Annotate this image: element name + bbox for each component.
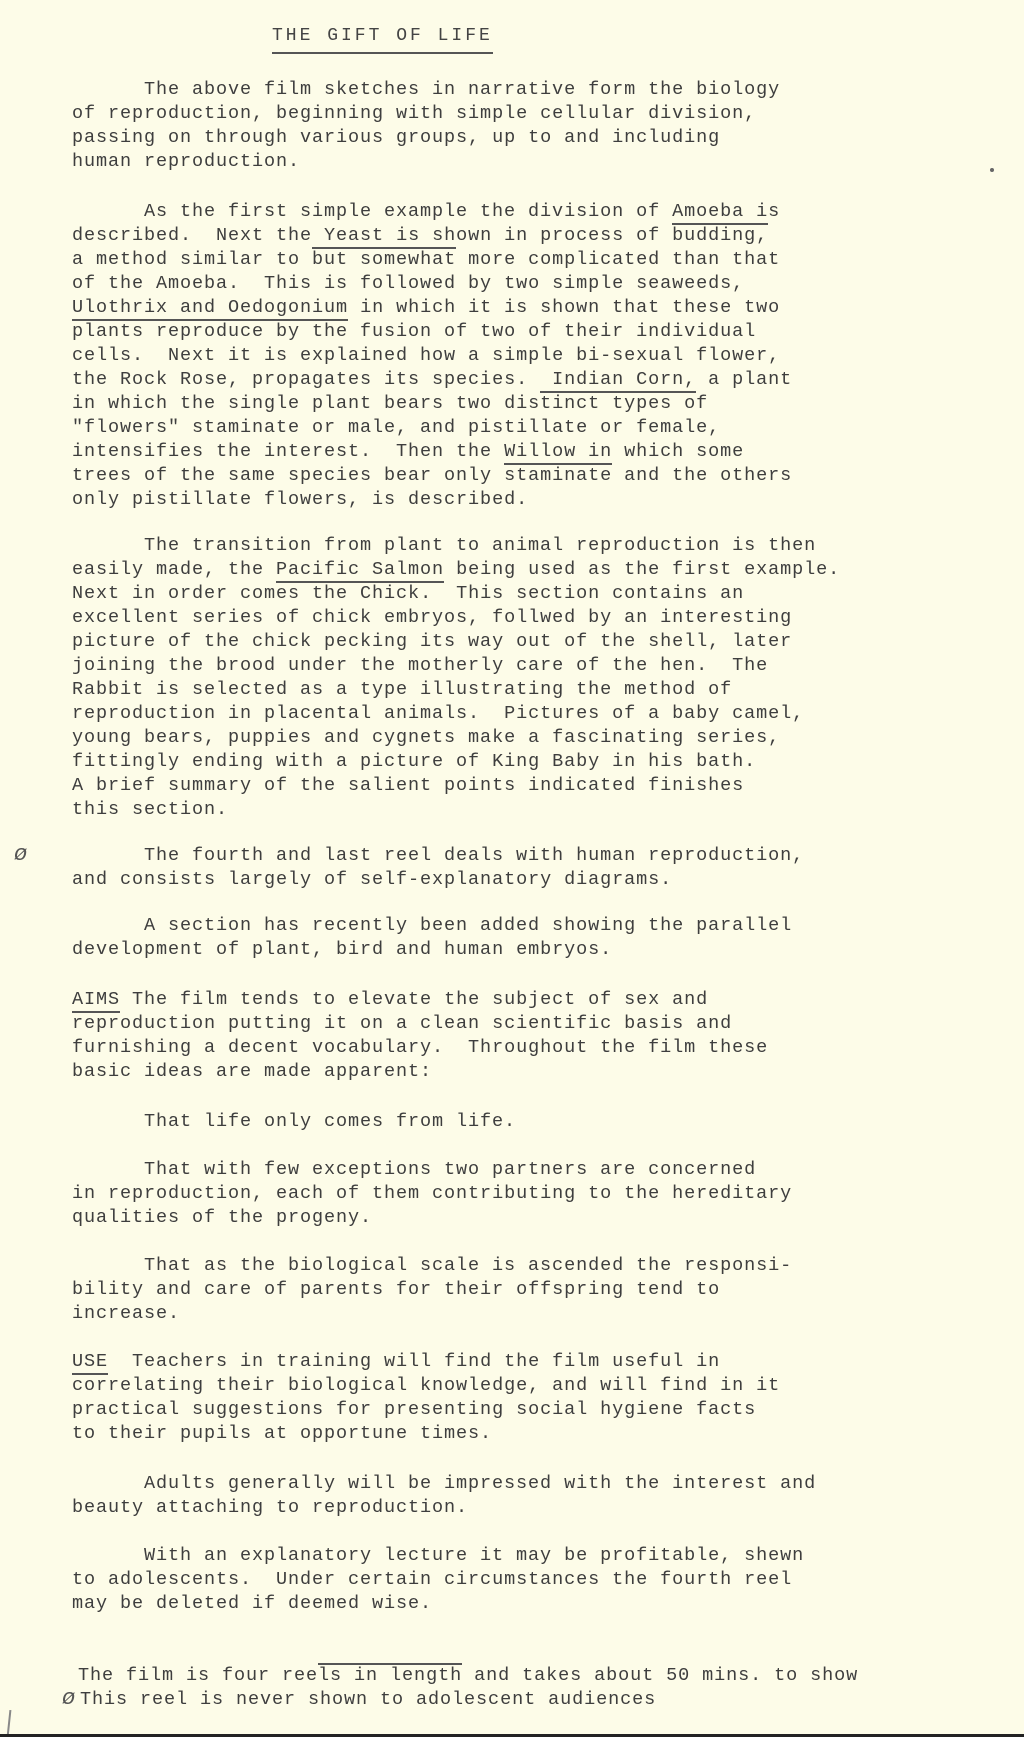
underlined-yeast: Yeast [324, 225, 384, 249]
adults-line-2: beauty attaching to reproduction. [72, 1496, 468, 1520]
margin-mark: ø [14, 842, 27, 867]
p5-line-2: development of plant, bird and human emb… [72, 938, 612, 962]
p1-line-1: The above film sketches in narrative for… [144, 78, 780, 102]
adults-line-1: Adults generally will be impressed with … [144, 1472, 816, 1496]
p2-line-7: cells. Next it is explained how a simple… [72, 344, 780, 368]
p3-line-1: The transition from plant to animal repr… [144, 534, 816, 558]
underlined-pacific-salmon: Pacific Salmon [276, 559, 444, 583]
p2-line-6: plants reproduce by the fusion of two of… [72, 320, 756, 344]
p3-line-4: excellent series of chick embryos, follw… [72, 606, 792, 630]
underlined-indian-corn: Indian Corn, [552, 369, 696, 393]
idea-3-line-3: increase. [72, 1302, 180, 1326]
p2-line-12: trees of the same species bear only stam… [72, 464, 792, 488]
length-line: The film is four reels in length and tak… [78, 1664, 858, 1688]
pencil-stroke [7, 1710, 12, 1737]
p3-line-3: Next in order comes the Chick. This sect… [72, 582, 744, 606]
lecture-line-2: to adolescents. Under certain circumstan… [72, 1568, 792, 1592]
p3-line-12: this section. [72, 798, 228, 822]
p1-line-3: passing on through various groups, up to… [72, 126, 720, 150]
p4-line-2: and consists largely of self-explanatory… [72, 868, 672, 892]
lecture-line-3: may be deleted if deemed wise. [72, 1592, 432, 1616]
p3-line-7: Rabbit is selected as a type illustratin… [72, 678, 732, 702]
p3-line-5: picture of the chick pecking its way out… [72, 630, 792, 654]
use-line-4: to their pupils at opportune times. [72, 1422, 492, 1446]
p3-line-11: A brief summary of the salient points in… [72, 774, 744, 798]
p2-line-9: in which the single plant bears two dist… [72, 392, 708, 416]
use-line-1: USE Teachers in training will find the f… [72, 1350, 720, 1374]
p2-line-2: described. Next the Yeast is shown in pr… [72, 224, 768, 248]
underlined-ulothrix: Ulothrix [72, 297, 168, 321]
document-title: THE GIFT OF LIFE [272, 26, 493, 54]
aims-line-3: furnishing a decent vocabulary. Througho… [72, 1036, 768, 1060]
use-line-2: correlating their biological knowledge, … [72, 1374, 780, 1398]
p3-line-10: fittingly ending with a picture of King … [72, 750, 756, 774]
idea-3-line-1: That as the biological scale is ascended… [144, 1254, 792, 1278]
lecture-line-1: With an explanatory lecture it may be pr… [144, 1544, 804, 1568]
p2-line-8: the Rock Rose, propagates its species. I… [72, 368, 792, 392]
aims-line-1: AIMS The film tends to elevate the subje… [72, 988, 708, 1012]
idea-2-line-2: in reproduction, each of them contributi… [72, 1182, 792, 1206]
p3-line-2: easily made, the Pacific Salmon being us… [72, 558, 840, 582]
p2-line-3: a method similar to but somewhat more co… [72, 248, 780, 272]
underlined-willow: Willow [504, 441, 576, 465]
p2-line-5: Ulothrix and Oedogonium in which it is s… [72, 296, 780, 320]
p1-line-2: of reproduction, beginning with simple c… [72, 102, 756, 126]
p5-line-1: A section has recently been added showin… [144, 914, 792, 938]
p3-line-9: young bears, puppies and cygnets make a … [72, 726, 780, 750]
use-line-3: practical suggestions for presenting soc… [72, 1398, 756, 1422]
p2-line-10: "flowers" staminate or male, and pistill… [72, 416, 720, 440]
idea-2-line-1: That with few exceptions two partners ar… [144, 1158, 756, 1182]
underlined-amoeba: Amoeba [672, 201, 744, 225]
idea-1: That life only comes from life. [144, 1110, 516, 1134]
idea-2-line-3: qualities of the progeny. [72, 1206, 372, 1230]
p2-line-1: As the first simple example the division… [144, 200, 780, 224]
p1-line-4: human reproduction. [72, 150, 300, 174]
p2-line-13: only pistillate flowers, is described. [72, 488, 528, 512]
p3-line-8: reproduction in placental animals. Pictu… [72, 702, 804, 726]
p4-line-1: The fourth and last reel deals with huma… [144, 844, 804, 868]
aims-line-2: reproduction putting it on a clean scien… [72, 1012, 732, 1036]
stray-dot-mark [990, 168, 994, 172]
typescript-page: THE GIFT OF LIFE The above film sketches… [0, 0, 1024, 1737]
aims-heading: AIMS [72, 989, 120, 1013]
idea-3-line-2: bility and care of parents for their off… [72, 1278, 720, 1302]
underlined-oedogonium: Oedogonium [228, 297, 348, 321]
use-heading: USE [72, 1351, 108, 1375]
footnote: This reel is never shown to adolescent a… [80, 1688, 656, 1712]
p2-line-4: of the Amoeba. This is followed by two s… [72, 272, 744, 296]
p2-line-11: intensifies the interest. Then the Willo… [72, 440, 744, 464]
p3-line-6: joining the brood under the motherly car… [72, 654, 768, 678]
aims-line-4: basic ideas are made apparent: [72, 1060, 432, 1084]
footnote-mark: ø [62, 1686, 75, 1711]
